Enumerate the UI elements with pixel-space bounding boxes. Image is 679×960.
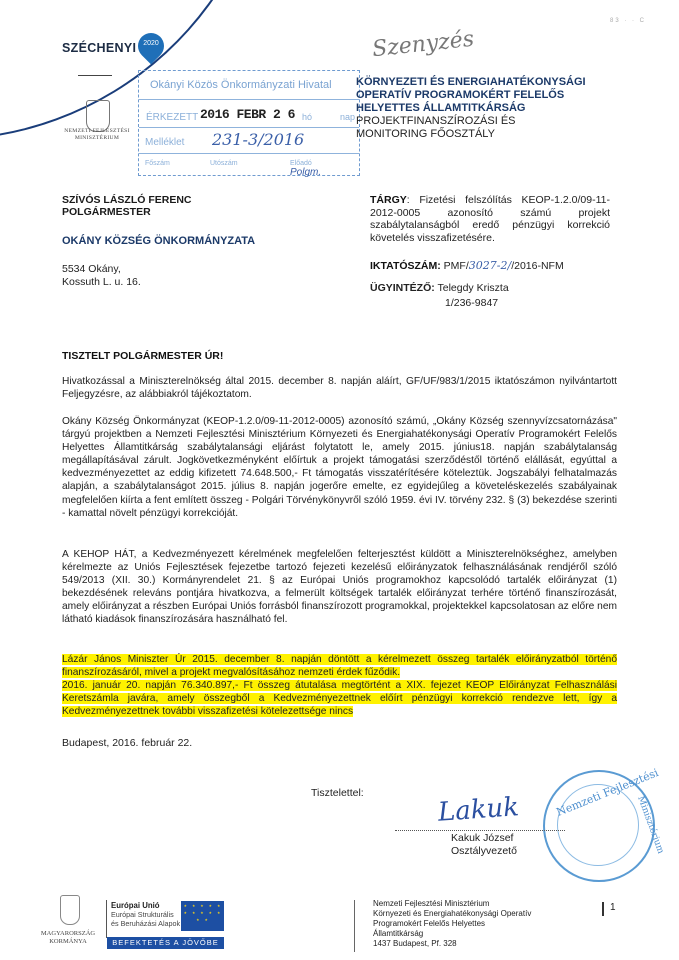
eu-subtitle: Európai Strukturális — [111, 910, 180, 919]
recipient-name: SZÍVÓS LÁSZLÓ FERENC — [62, 194, 192, 206]
footer-address-line: 1437 Budapest, Pf. 328 — [373, 939, 531, 949]
paragraph: Hivatkozással a Miniszterelnökség által … — [62, 375, 617, 401]
stamp-office: Okányi Közös Önkormányzati Hivatal — [150, 79, 332, 91]
stamp-handler: Polgm. — [290, 167, 321, 178]
divider — [106, 900, 107, 938]
case-officer: ÜGYINTÉZŐ: Telegdy Kriszta — [370, 282, 509, 294]
file-number: IKTATÓSZÁM: PMF/3027-2//2016-NFM — [370, 259, 564, 272]
stamp-rule — [139, 153, 359, 154]
file-number-prefix: PMF/ — [441, 260, 469, 272]
recipient-address: 5534 Okány, Kossuth L. u. 16. — [62, 263, 141, 289]
signature-line — [395, 830, 565, 831]
closing: Tisztelettel: — [311, 787, 364, 799]
gov-logo-line: KORMÁNYA — [38, 938, 98, 946]
highlighted-paragraph: Lázár János Miniszter Úr 2015. december … — [62, 653, 617, 718]
stamp-attachment-label: Melléklet — [145, 137, 184, 148]
address-line: Kossuth L. u. 16. — [62, 276, 141, 289]
ministry-logo-label: NEMZETI FEJLESZTÉSI MINISZTÉRIUM — [50, 128, 144, 142]
file-number-suffix: /2016-NFM — [511, 260, 564, 272]
divider — [354, 900, 355, 952]
corner-marks: 83 · · C — [610, 18, 646, 24]
eu-banner: BEFEKTETÉS A JÖVŐBE — [107, 937, 224, 949]
subject-text: : Fizetési felszólítás KEOP-1.2.0/09-11-… — [370, 194, 610, 244]
eu-funding-label: Európai Unió Európai Strukturális és Ber… — [111, 901, 180, 928]
eu-subtitle: és Beruházási Alapok — [111, 919, 180, 928]
place-date: Budapest, 2016. február 22. — [62, 737, 192, 749]
department-line: HELYETTES ÁLLAMTITKÁRSÁG — [356, 102, 586, 115]
paragraph: Okány Község Önkormányzat (KEOP-1.2.0/09… — [62, 415, 617, 520]
stamp-registry-number: 231-3/2016 — [212, 130, 304, 149]
case-officer-name: Telegdy Kriszta — [435, 282, 509, 294]
stamp-cell-foszam: Főszám — [145, 160, 170, 167]
recipient-block: SZÍVÓS LÁSZLÓ FERENC POLGÁRMESTER — [62, 194, 192, 218]
footer-address-line: Államtitkárság — [373, 929, 531, 939]
subject-label: TÁRGY — [370, 194, 407, 206]
recipient-organization: OKÁNY KÖZSÉG ÖNKORMÁNYZATA — [62, 235, 255, 247]
greeting: TISZTELT POLGÁRMESTER ÚR! — [62, 350, 223, 362]
divider — [602, 902, 604, 916]
highlight-text: 2016. január 20. napján 76.340.897,- Ft … — [62, 680, 617, 717]
handwritten-note: Szenyzés — [371, 27, 475, 63]
szechenyi-logo-text: SZÉCHENYI — [62, 41, 136, 55]
hungary-coat-of-arms-icon — [60, 895, 80, 925]
stamp-cell-eloado: Előadó — [290, 160, 312, 167]
stamp-rule — [139, 99, 359, 100]
footer-address-line: Programokért Felelős Helyettes — [373, 919, 531, 929]
recipient-title: POLGÁRMESTER — [62, 206, 192, 218]
paragraph: A KEHOP HÁT, a Kedvezményezett kérelméne… — [62, 548, 617, 627]
handwritten-signature: Lakuk — [437, 792, 520, 828]
division-line: MONITORING FŐOSZTÁLY — [356, 128, 516, 141]
address-line: 5534 Okány, — [62, 263, 141, 276]
stamp-rule — [139, 127, 359, 128]
szechenyi-year: 2020 — [139, 40, 163, 47]
gov-logo-line: MAGYARORSZÁG — [38, 930, 98, 938]
file-number-label: IKTATÓSZÁM: — [370, 260, 441, 272]
department-name: KÖRNYEZETI ÉS ENERGIAHATÉKONYSÁGI OPERAT… — [356, 76, 586, 115]
department-line: KÖRNYEZETI ÉS ENERGIAHATÉKONYSÁGI — [356, 76, 586, 89]
stamp-nap-label: nap — [340, 112, 355, 122]
division-name: PROJEKTFINANSZÍROZÁSI ÉS MONITORING FŐOS… — [356, 115, 516, 141]
hungarian-government-logo: MAGYARORSZÁG KORMÁNYA — [38, 930, 98, 945]
case-officer-phone: 1/236-9847 — [445, 297, 498, 309]
signer-title: Osztályvezető — [451, 845, 517, 858]
signer-block: Kakuk József Osztályvezető — [451, 832, 517, 858]
division-line: PROJEKTFINANSZÍROZÁSI ÉS — [356, 115, 516, 128]
signer-name: Kakuk József — [451, 832, 517, 845]
page-number: 1 — [610, 902, 616, 913]
file-number-handwritten: 3027-2/ — [469, 259, 511, 272]
eu-stars-icon: ⋆ ⋆ ⋆ ⋆ ⋆ ⋆ ⋆ ⋆ ⋆ ⋆ ⋆ ⋆ — [181, 903, 224, 924]
divider — [78, 75, 112, 76]
subject: TÁRGY: Fizetési felszólítás KEOP-1.2.0/0… — [370, 194, 610, 244]
footer-address-line: Környezeti és Energiahatékonysági Operat… — [373, 909, 531, 919]
case-officer-label: ÜGYINTÉZŐ: — [370, 282, 435, 294]
stamp-arrived-date: 2016 FEBR 2 6 — [200, 107, 295, 122]
highlight-text: Lázár János Miniszter Úr 2015. december … — [62, 654, 617, 678]
footer-address-line: Nemzeti Fejlesztési Minisztérium — [373, 899, 531, 909]
stamp-ho-label: hó — [302, 112, 312, 122]
eu-title: Európai Unió — [111, 901, 160, 910]
footer-address: Nemzeti Fejlesztési Minisztérium Környez… — [373, 899, 531, 949]
department-line: OPERATÍV PROGRAMOKÉRT FELELŐS — [356, 89, 586, 102]
stamp-cell-utoszam: Utószám — [210, 160, 238, 167]
stamp-arrived-label: ÉRKEZETT — [146, 112, 198, 123]
